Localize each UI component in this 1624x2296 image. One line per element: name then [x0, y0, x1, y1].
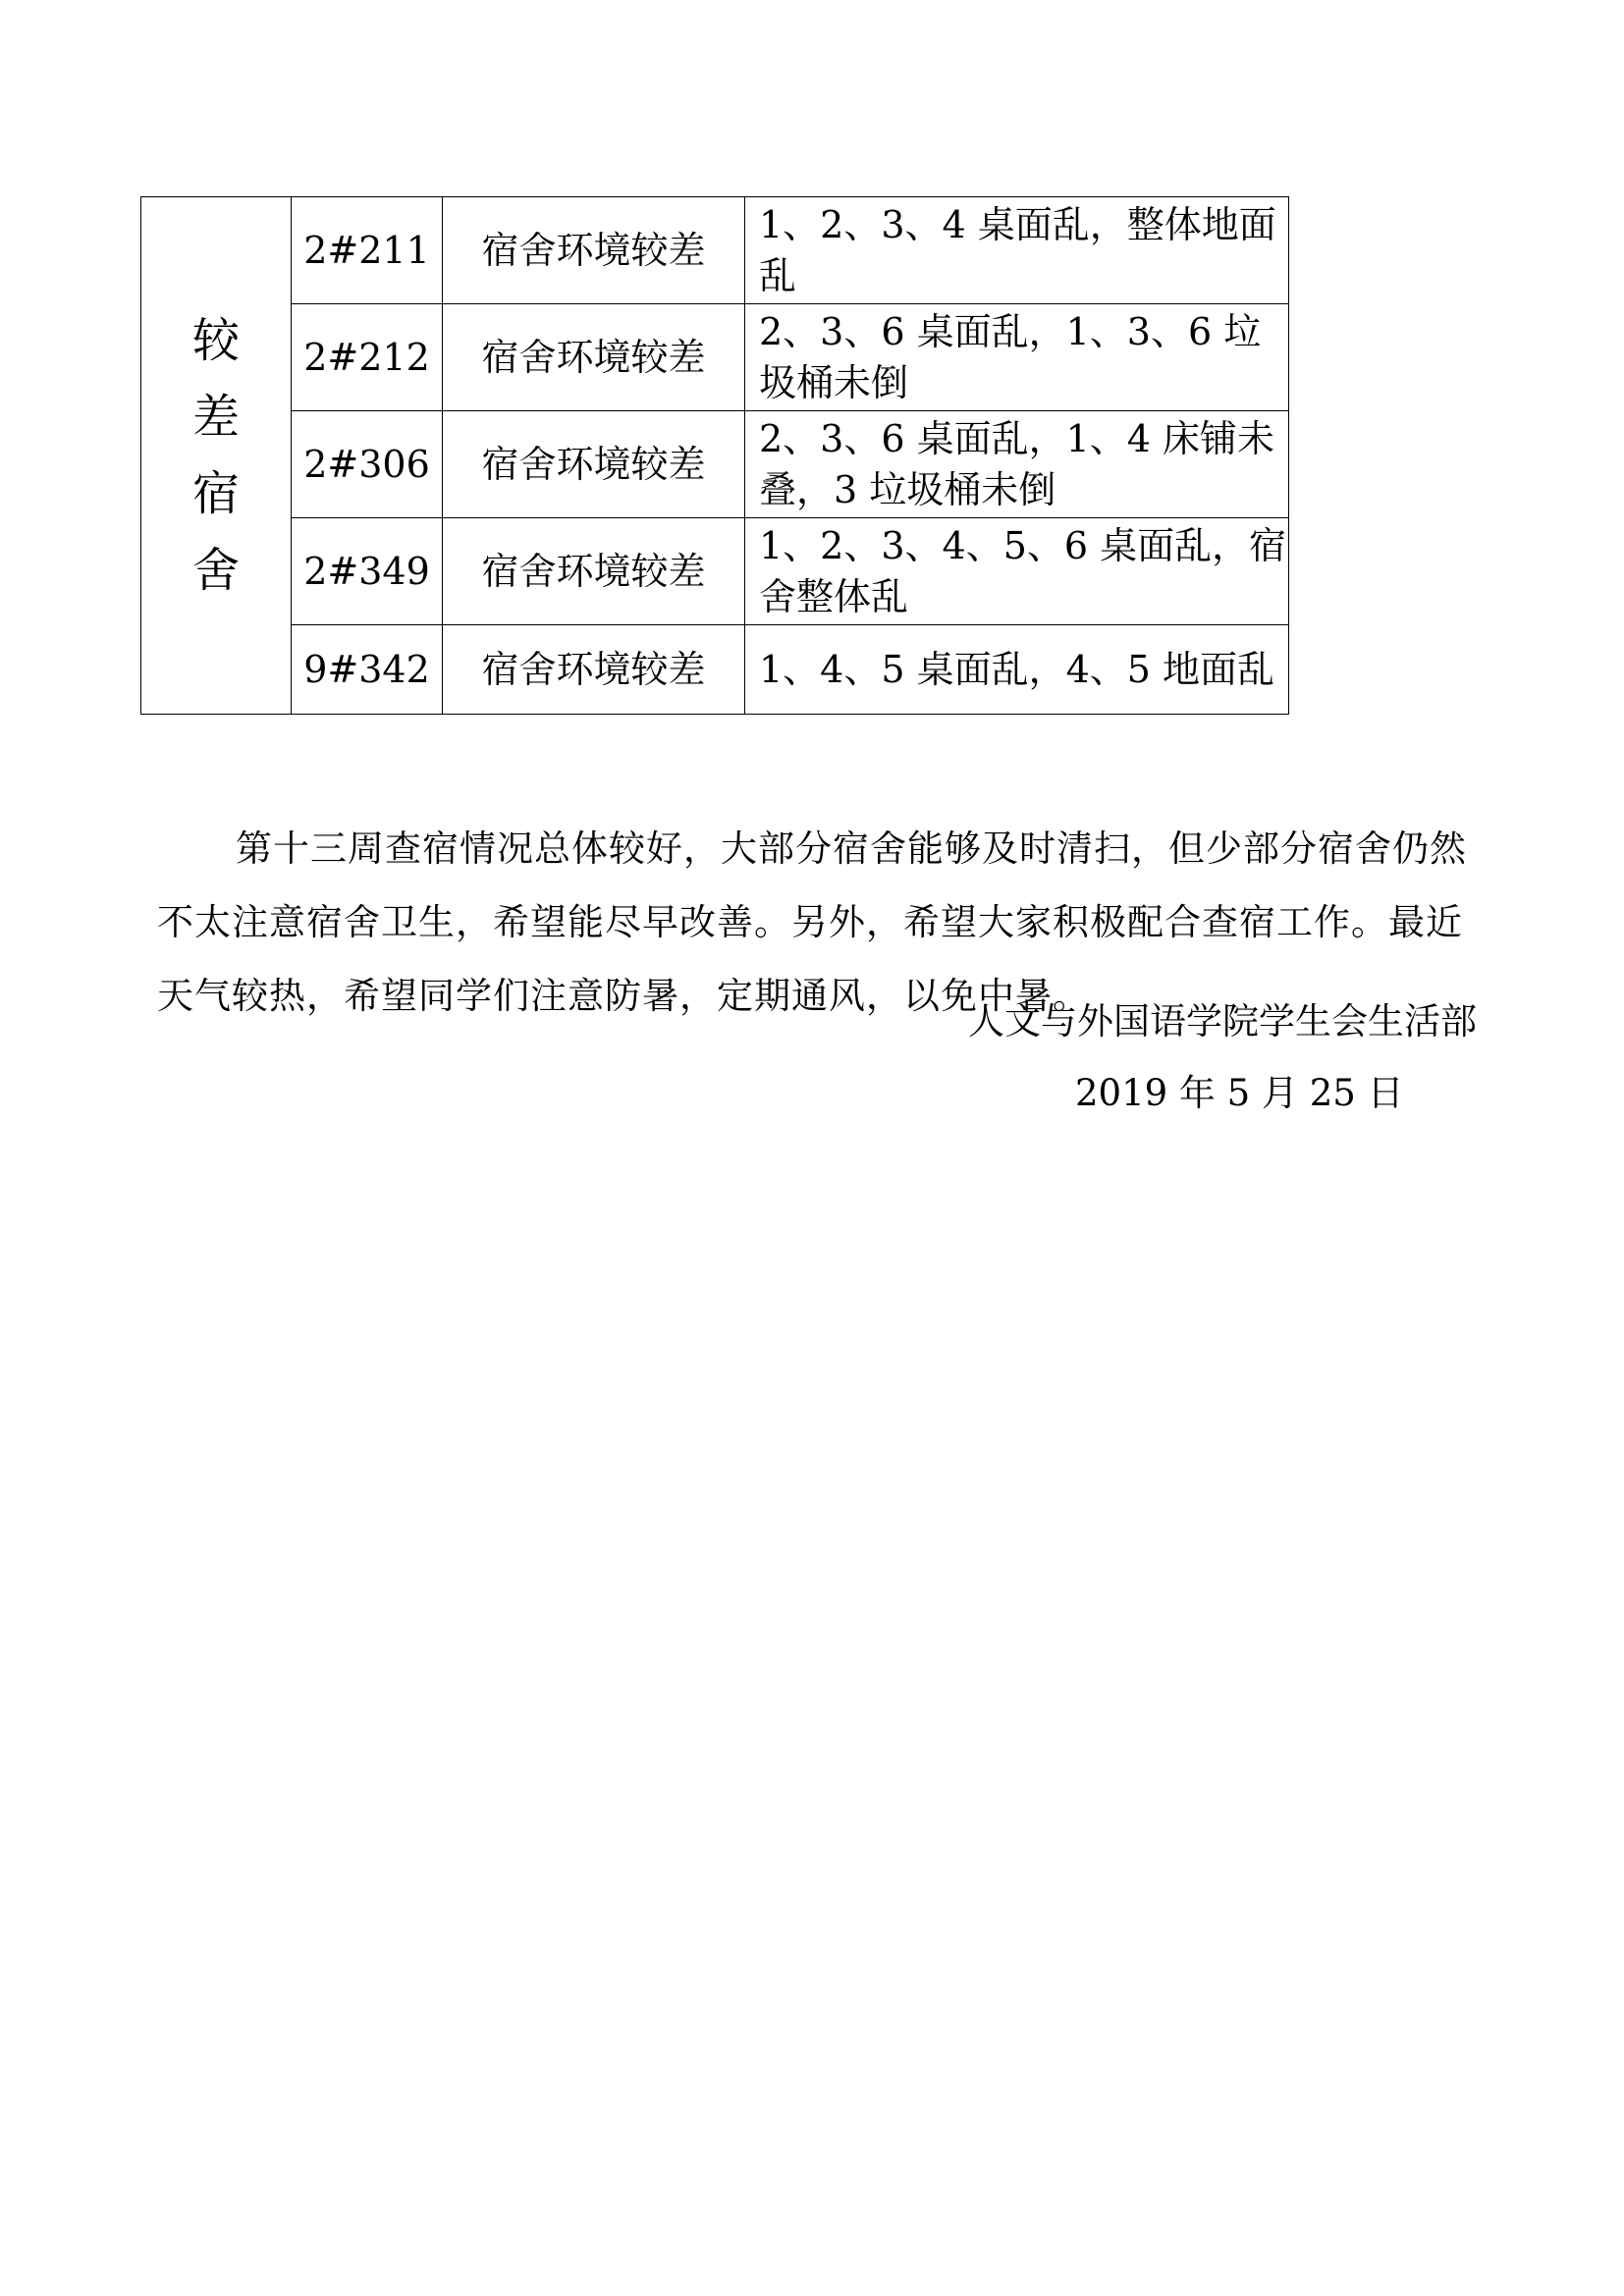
signature: 人文与外国语学院学生会生活部 — [968, 991, 1477, 1044]
room-cell: 2#349 — [292, 518, 443, 625]
room-cell: 2#306 — [292, 411, 443, 518]
table-row: 2#306 宿舍环境较差 2、3、6 桌面乱，1、4 床铺未叠，3 垃圾桶未倒 — [141, 411, 1289, 518]
detail-cell: 1、4、5 桌面乱，4、5 地面乱 — [745, 625, 1289, 715]
table-row: 9#342 宿舍环境较差 1、4、5 桌面乱，4、5 地面乱 — [141, 625, 1289, 715]
category-char: 较 — [141, 302, 291, 379]
status-cell: 宿舍环境较差 — [443, 625, 745, 715]
status-cell: 宿舍环境较差 — [443, 518, 745, 625]
category-char: 差 — [141, 379, 291, 455]
detail-cell: 2、3、6 桌面乱，1、3、6 垃圾桶未倒 — [745, 304, 1289, 411]
category-char: 宿 — [141, 455, 291, 532]
status-cell: 宿舍环境较差 — [443, 304, 745, 411]
date: 2019 年 5 月 25 日 — [1075, 1063, 1404, 1116]
room-cell: 9#342 — [292, 625, 443, 715]
status-cell: 宿舍环境较差 — [443, 197, 745, 304]
detail-cell: 1、2、3、4 桌面乱，整体地面乱 — [745, 197, 1289, 304]
detail-cell: 2、3、6 桌面乱，1、4 床铺未叠，3 垃圾桶未倒 — [745, 411, 1289, 518]
table-row: 较 差 宿 舍 2#211 宿舍环境较差 1、2、3、4 桌面乱，整体地面乱 — [141, 197, 1289, 304]
status-cell: 宿舍环境较差 — [443, 411, 745, 518]
room-cell: 2#211 — [292, 197, 443, 304]
detail-cell: 1、2、3、4、5、6 桌面乱，宿舍整体乱 — [745, 518, 1289, 625]
room-cell: 2#212 — [292, 304, 443, 411]
table-row: 2#349 宿舍环境较差 1、2、3、4、5、6 桌面乱，宿舍整体乱 — [141, 518, 1289, 625]
category-cell: 较 差 宿 舍 — [141, 197, 292, 715]
table-row: 2#212 宿舍环境较差 2、3、6 桌面乱，1、3、6 垃圾桶未倒 — [141, 304, 1289, 411]
poor-dorms-table: 较 差 宿 舍 2#211 宿舍环境较差 1、2、3、4 桌面乱，整体地面乱 2… — [140, 196, 1289, 715]
category-char: 舍 — [141, 532, 291, 609]
